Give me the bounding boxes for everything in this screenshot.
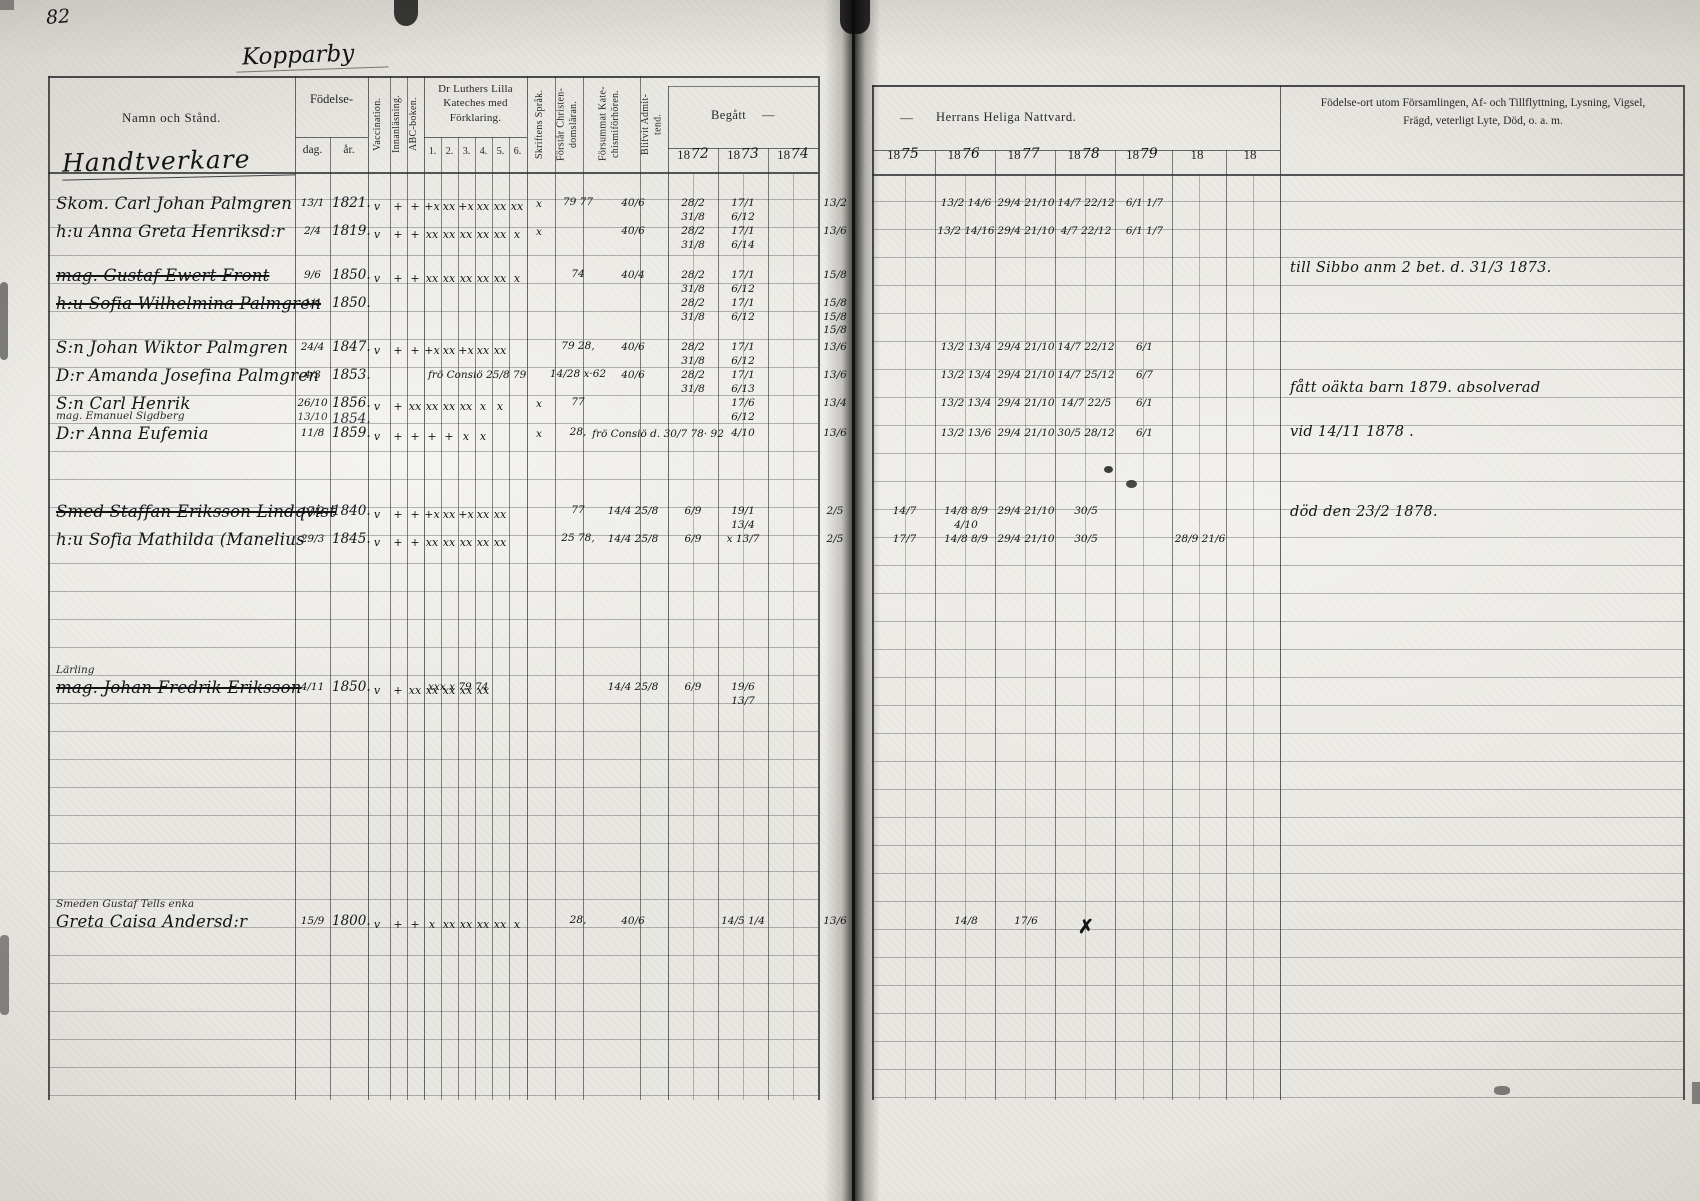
edge-smudge [1692,1082,1700,1104]
column-header-kateches: Dr Luthers Lilla Kateches med Förklaring… [424,82,527,125]
row-name: h:u Anna Greta Henriksd:r [56,222,302,241]
examination-mark: x [492,400,508,413]
row-name: Smed Staffan Eriksson Lindqvist [56,502,302,521]
year-handwritten: 74 [791,146,810,163]
year-column-1878: 1878 [1055,147,1112,171]
row-name: h:u Sofia Wilhelmina Palmgren [56,294,302,313]
cell-birth_day: 29/3 [296,533,329,547]
examination-mark: + [390,228,406,241]
examination-mark: + [407,272,423,285]
cell-adm: 40/6 [602,915,664,929]
row-name: mag. Johan Fredrik Eriksson [56,678,302,697]
column-header-skriftens-sprak: Skriftens Språk. [525,78,555,170]
cell-birth_year: 1850. [332,295,368,311]
cell-year_note: frö Consiö d. 30/7 78· 92 [592,428,724,442]
cell-y18a: 28/9 21/6 [1174,533,1226,547]
cell-y75: 14/7 [874,505,935,519]
cell-y73: 4/10 [718,427,768,441]
examination-mark: + [390,272,406,285]
cell-y78: 14/7 25/12 [1057,369,1115,383]
cell-gut: 13/6 [816,341,854,355]
grid-hline [48,76,818,78]
row-name: D:r Anna Eufemia [56,424,302,443]
examination-mark: x [509,272,525,285]
grid-vline [1055,150,1056,1100]
cell-y76: 13/2 14/16 [937,225,995,239]
year-handwritten: 76 [961,146,980,163]
examination-mark: xx [407,684,423,697]
examination-mark: + [390,918,406,931]
year-column-18-blank-1: 18 [1172,147,1223,171]
examination-mark: xx [492,200,508,213]
examination-mark: xx [475,344,491,357]
cell-y77: 29/4 21/10 [997,427,1055,441]
examination-mark: + [390,536,406,549]
cell-y72: 28/2 31/8 [668,225,718,252]
examination-mark: xx [441,508,457,521]
margin-note: fått oäkta barn 1879. absolverad [1290,380,1675,396]
examination-mark: + [407,918,423,931]
cell-adm: 40/6 [602,369,664,383]
grid-hline [668,86,818,87]
section-title-handtverkare: Handtverkare [62,143,295,180]
cell-y72: 28/2 31/8 [668,341,718,368]
row-name: mag. Gustaf Ewert Front [56,266,302,285]
kateches-sub-4: 4. [475,146,492,157]
cell-adm: 14/4 25/8 [602,681,664,695]
cell-y73: 17/1 6/12 [718,197,768,224]
year-printed: 18 [1126,147,1139,162]
cell-gut: 2/5 [816,505,854,519]
cell-y75: 17/7 [874,533,935,547]
examination-mark: v [369,430,385,443]
examination-mark: xx [458,228,474,241]
year-handwritten: 79 [1140,146,1159,163]
kateches-sub-2: 2. [441,146,458,157]
cell-birth_day: 26/10 [296,397,329,411]
cell-birth_year: 1845. [332,531,368,547]
examination-mark: + [424,430,440,443]
year-column-1879: 1879 [1115,147,1169,171]
cell-gut: 13/4 [816,397,854,411]
row-name: h:u Sofia Mathilda (Manelius [56,530,302,549]
cell-gut: 13/2 [816,197,854,211]
cell-y72: 6/9 [668,505,718,519]
grid-hline [872,174,1683,176]
cell-birth_day: 17/2 [296,505,329,519]
cell-y78: 30/5 [1057,505,1115,519]
examination-mark: xx [492,228,508,241]
kateches-sub-1: 1. [424,146,441,157]
column-header-dag: dag. [295,144,330,156]
cell-birth_day: 4/3 [296,369,329,383]
examination-mark: v [369,200,385,213]
examination-mark: +x [458,200,474,213]
year-printed: 18 [1008,147,1021,162]
examination-mark: xx [492,344,508,357]
examination-mark: xx [424,272,440,285]
examination-mark: xx [424,228,440,241]
cell-forstar: 77 [545,396,611,410]
examination-mark: xx [492,272,508,285]
cell-birth_year: 1840. [332,503,368,519]
cell-y77: 29/4 21/10 [997,533,1055,547]
nattvard-dash: — [900,110,913,126]
cell-birth_day: 2/4 [296,225,329,239]
cell-adm: 40/6 [602,341,664,355]
examination-mark: xx [475,536,491,549]
cell-y77: 29/4 21/10 [997,505,1055,519]
examination-mark: + [441,430,457,443]
examination-mark: + [407,536,423,549]
cell-y77: 17/6 [997,915,1055,929]
cell-gut: 15/8 [816,269,854,283]
cell-y79: 6/1 1/7 [1117,225,1172,239]
page-number: 82 [45,5,71,29]
year-column-1872: 1872 [668,147,718,171]
cell-y77: 29/4 21/10 [997,369,1055,383]
column-header-ar: år. [330,144,368,156]
begatt-dash: — [762,108,775,123]
grid-vline [905,174,906,1100]
examination-mark: xx [458,272,474,285]
edge-smudge [0,0,14,10]
examination-mark: v [369,684,385,697]
cell-birth_day: 4/11 [296,681,329,695]
column-header-abc-boken: ABC-boken. [404,78,424,170]
year-printed: 18 [1244,147,1257,162]
cell-birth_year: 1821. [332,195,368,211]
cell-y73: 17/6 6/12 [718,397,768,424]
cell-y73: 17/1 6/13 [718,369,768,396]
column-header-herrans-heliga-nattvard: Herrans Heliga Nattvard. [936,110,1076,125]
cell-birth_year: 1800. [332,913,368,929]
examination-mark: v [369,272,385,285]
ink-smudge [1494,1086,1510,1095]
examination-mark: + [390,430,406,443]
examination-mark: xx [407,400,423,413]
year-printed: 18 [677,147,690,162]
examination-mark: xx [458,536,474,549]
cell-adm: 40/6 [602,197,664,211]
cell-y76: 14/8 [937,915,995,929]
cell-birth_day: 11/8 [296,427,329,441]
grid-vline [1143,174,1144,1100]
examination-mark: v [369,918,385,931]
year-column-1873: 1873 [718,147,768,171]
examination-mark: xx [458,400,474,413]
cell-y72: 28/2 31/8 [668,369,718,396]
examination-mark: + [407,228,423,241]
examination-mark: xx [475,272,491,285]
ink-dot [1126,480,1137,488]
cell-y78: 14/7 22/12 [1057,341,1115,355]
examination-mark: v [369,228,385,241]
year-printed: 18 [1068,147,1081,162]
examination-mark: x [424,918,440,931]
year-column-1876: 1876 [935,147,992,171]
grid-vline [1683,85,1685,1100]
grid-vline [793,174,794,1100]
cell-birth_day2: 13/10 [296,411,329,425]
column-header-notes: Födelse-ort utom Församlingen, Af- och T… [1284,94,1682,131]
examination-mark: xx [509,200,525,213]
cell-y78: ✗ [1057,915,1115,940]
grid-vline [555,76,556,1100]
cell-y77: 29/4 21/10 [997,197,1055,211]
place-title-handwritten: Kopparby [236,39,389,72]
year-printed: 18 [887,147,900,162]
cell-y73: 19/1 13/4 [718,505,768,532]
cell-birth_day: 15/9 [296,915,329,929]
cell-adm: 14/4 25/8 [602,505,664,519]
cell-y79: 6/1 [1117,427,1172,441]
grid-vline [1280,85,1281,1100]
edge-smudge [0,935,9,1015]
cell-y72: 28/2 31/8 [668,197,718,224]
year-printed: 18 [1191,147,1204,162]
cell-birth_day: 13/1 [296,197,329,211]
margin-note: död den 23/2 1878. [1290,504,1675,520]
ink-smudge [394,0,418,26]
row-name: Skom. Carl Johan Palmgren [56,194,302,213]
cell-adm: 14/4 25/8 [602,533,664,547]
cell-y72: 6/9 [668,533,718,547]
examination-mark: xx [475,200,491,213]
cell-y78: 30/5 [1057,533,1115,547]
paper-texture [0,0,1700,1201]
examination-mark: xx [492,918,508,931]
cell-birth_year: 1819. [332,223,368,239]
margin-note: till Sibbo anm 2 bet. d. 31/3 1873. [1290,260,1675,276]
cell-name_small: mag. Emanuel Sigdberg [56,410,266,422]
cell-y76: 13/2 13/6 [937,427,995,441]
year-column-18-blank-2: 18 [1226,147,1275,171]
examination-mark: v [369,508,385,521]
cell-y78: 14/7 22/5 [1057,397,1115,411]
cell-y73: 17/1 6/14 [718,225,768,252]
cell-birth_year: 1850. [332,267,368,283]
grid-vline [1226,150,1227,1100]
column-header-fodelse: Födelse- [295,92,368,107]
examination-mark: xx [441,918,457,931]
cell-y76: 13/2 13/4 [937,341,995,355]
margin-note: vid 14/11 1878 . [1290,424,1675,440]
ink-dot [1104,466,1113,473]
grid-hline [872,85,1683,87]
cell-gut: 13/6 [816,915,854,929]
examination-mark: +x [424,508,440,521]
kateches-sub-5: 5. [492,146,509,157]
examination-mark: xx [424,400,440,413]
cell-birth_year: 1856. [332,395,368,411]
kateches-sub-6: 6. [509,146,526,157]
examination-mark: xx [441,536,457,549]
cell-y79: 6/1 1/7 [1117,197,1172,211]
edge-smudge [0,282,8,360]
grid-vline [995,150,996,1100]
grid-vline [1025,174,1026,1100]
year-handwritten: 73 [741,146,760,163]
examination-mark: xx [441,684,457,697]
cell-y77: 29/4 21/10 [997,341,1055,355]
cell-adm: 40/4 [602,269,664,283]
cell-y78: 30/5 28/12 [1057,427,1115,441]
examination-mark: +x [458,508,474,521]
cell-y72: 6/9 [668,681,718,695]
column-header-forsummat-katechismiforhoren: Försummat Kate- chismiförhören. [581,78,639,170]
year-column-1874: 1874 [768,147,818,171]
cell-y78: 14/7 22/12 [1057,197,1115,211]
examination-mark: x [475,430,491,443]
year-handwritten: 72 [691,146,710,163]
cell-y76: 14/8 8/9 [937,533,995,547]
book-binding-line [852,0,855,1201]
cell-y76: 14/8 8/9 4/10 [937,505,995,532]
examination-mark: xx [424,684,440,697]
cell-y77: 29/4 21/10 [997,397,1055,411]
examination-mark: v [369,400,385,413]
cell-y76: 13/2 13/4 [937,397,995,411]
grid-vline [1172,150,1173,1100]
ruled-lines-right-page [872,174,1683,1098]
examination-mark: v [369,536,385,549]
examination-mark: x [509,228,525,241]
begatt-label: Begått [711,108,746,123]
grid-vline [48,76,50,1100]
grid-hline [295,137,368,138]
cell-y73: 17/1 6/12 [718,297,768,324]
grid-vline [768,148,769,1100]
cell-adm: 40/6 [602,225,664,239]
grid-vline [330,137,331,1100]
examination-mark: xx [492,536,508,549]
examination-mark: x [458,430,474,443]
examination-mark: + [390,508,406,521]
examination-mark: v [369,344,385,357]
examination-mark: xx [441,228,457,241]
year-column-1875: 1875 [874,147,932,171]
kateches-sub-3: 3. [458,146,475,157]
examination-mark: xx [441,200,457,213]
cell-gut: 2/5 [816,533,854,547]
examination-mark: xx [475,684,491,697]
cell-birth_day: 24/4 [296,341,329,355]
column-header-namn-och-stand: Namn och Stånd. [48,110,295,126]
cell-y78: 4/7 22/12 [1057,225,1115,239]
cell-name_small: Smeden Gustaf Tells enka [56,898,266,910]
column-header-begatt: Begått — [668,108,818,123]
examination-mark: + [407,430,423,443]
examination-mark: + [407,344,423,357]
grid-vline [965,174,966,1100]
year-printed: 18 [777,147,790,162]
cell-birth_year: 1853. [332,367,368,383]
cell-y79: 6/7 [1117,369,1172,383]
examination-mark: x [509,918,525,931]
examination-mark: xx [458,918,474,931]
examination-mark: + [390,344,406,357]
cell-y73: 17/1 6/12 [718,269,768,296]
examination-mark: +x [458,344,474,357]
cell-y73: 14/5 1/4 [718,915,768,929]
cell-y73: x 13/7 [718,533,768,547]
grid-vline [1199,174,1200,1100]
examination-mark: xx [424,536,440,549]
cell-gut: 13/6 [816,369,854,383]
cell-birth_year: 1850. [332,679,368,695]
examination-mark: xx [475,228,491,241]
scanned-church-ledger: 82 Kopparby Namn och Stånd. Födelse- dag… [0,0,1700,1201]
examination-mark: x [475,400,491,413]
cell-gut: 15/8 15/8 15/8 [816,297,854,338]
grid-vline [1085,174,1086,1100]
grid-vline [1253,174,1254,1100]
cell-birth_day: 1/4 [296,297,329,311]
cell-birth_day: 9/6 [296,269,329,283]
grid-vline [872,85,874,1100]
cell-y73: 19/6 13/7 [718,681,768,708]
cell-y72: 28/2 31/8 [668,269,718,296]
examination-mark: xx [441,272,457,285]
examination-mark: xx [492,508,508,521]
examination-mark: xx [475,918,491,931]
cell-name_small: Lärling [56,664,266,676]
cell-y76: 13/2 13/4 [937,369,995,383]
cell-y79: 6/1 [1117,341,1172,355]
year-column-1877: 1877 [995,147,1052,171]
examination-mark: +x [424,200,440,213]
cell-gut: 13/6 [816,427,854,441]
examination-mark: xx [441,400,457,413]
cell-birth_year: 1859. [332,425,368,441]
cell-y76: 13/2 14/6 [937,197,995,211]
examination-mark: xx [458,684,474,697]
cell-y73: 17/1 6/12 [718,341,768,368]
year-handwritten: 77 [1021,146,1040,163]
column-header-blifvit-admittend: Blifvit Admit- tend. [637,78,668,170]
cell-y77: 29/4 21/10 [997,225,1055,239]
year-printed: 18 [727,147,740,162]
row-name: Greta Caisa Andersd:r [56,912,302,931]
examination-mark: + [390,400,406,413]
year-printed: 18 [948,147,961,162]
year-handwritten: 75 [901,146,920,163]
grid-vline [583,76,584,1100]
examination-mark: xx [475,508,491,521]
cell-y72: 28/2 31/8 [668,297,718,324]
examination-mark: + [390,684,406,697]
column-header-forstar-christendomslaran: Förstår Christen- domsläran. [553,78,583,170]
examination-mark: xx [441,344,457,357]
examination-mark: + [390,200,406,213]
cell-y79: 6/1 [1117,397,1172,411]
cell-birth_year: 1847. [332,339,368,355]
row-name: S:n Johan Wiktor Palmgren [56,338,302,357]
grid-hline [424,137,527,138]
year-handwritten: 78 [1081,146,1100,163]
cell-kmarks: frö Consiö 25/8 79 [428,369,560,383]
ink-smudge [840,0,870,34]
examination-mark: +x [424,344,440,357]
examination-mark: + [407,200,423,213]
cell-skrift: x [526,226,552,240]
grid-vline [935,150,936,1100]
cell-gut: 13/6 [816,225,854,239]
grid-vline [1115,150,1116,1100]
examination-mark: + [407,508,423,521]
row-name: D:r Amanda Josefina Palmgren [56,366,302,385]
